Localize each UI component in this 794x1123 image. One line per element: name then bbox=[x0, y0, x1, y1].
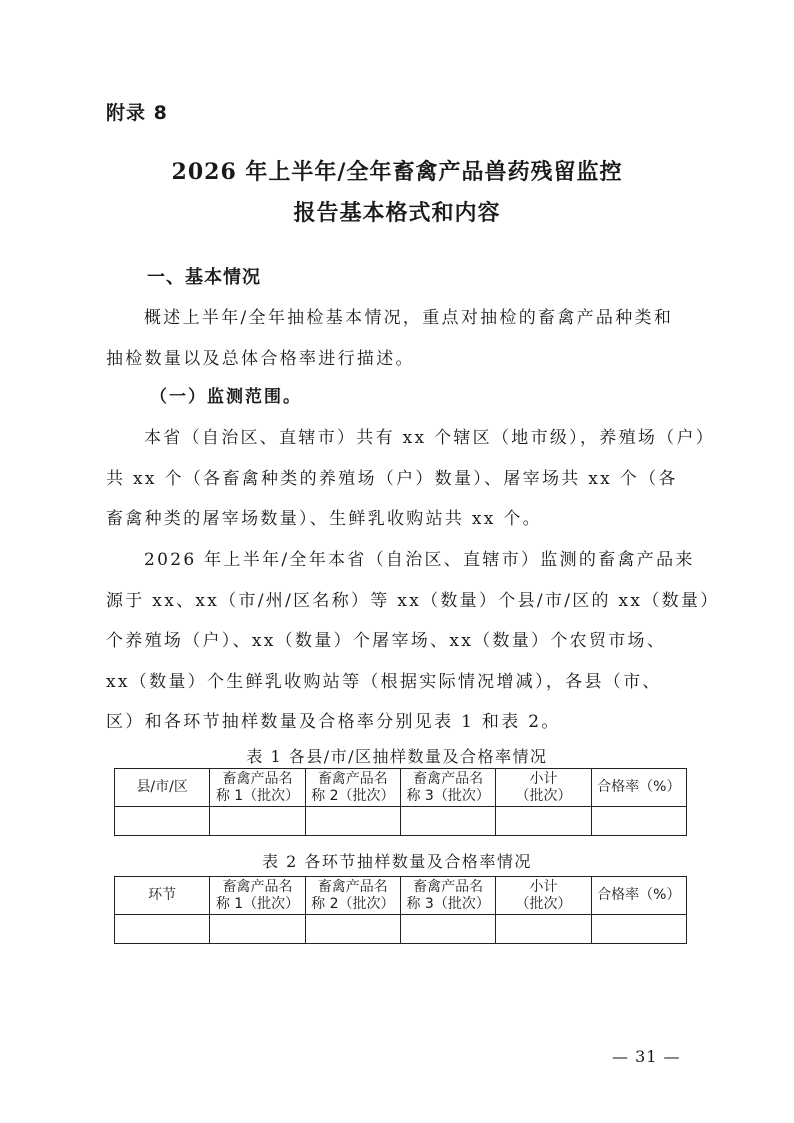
header-cell-product-2: 畜禽产品名称 2（批次） bbox=[305, 769, 400, 807]
text-line: 2026 年上半年/全年本省（自治区、直辖市）监测的畜禽产品来 bbox=[106, 540, 696, 581]
table-1-county-sampling: 县/市/区 畜禽产品名称 1（批次） 畜禽产品名称 2（批次） 畜禽产品名称 3… bbox=[114, 768, 687, 836]
header-cell-pass-rate: 合格率（%） bbox=[591, 769, 686, 807]
table-cell bbox=[305, 915, 400, 944]
header-cell-product-1: 畜禽产品名称 1（批次） bbox=[210, 877, 305, 915]
header-cell-stage: 环节 bbox=[115, 877, 210, 915]
table-cell bbox=[210, 915, 305, 944]
table-cell bbox=[496, 915, 591, 944]
header-cell-product-3: 畜禽产品名称 3（批次） bbox=[400, 769, 495, 807]
table-cell bbox=[115, 807, 210, 836]
page-number: — 31 — bbox=[612, 1047, 681, 1066]
table-row bbox=[115, 915, 687, 944]
scope-paragraph-2: 2026 年上半年/全年本省（自治区、直辖市）监测的畜禽产品来 源于 xx、xx… bbox=[106, 540, 696, 743]
header-cell-pass-rate: 合格率（%） bbox=[591, 877, 686, 915]
table-cell bbox=[115, 915, 210, 944]
table-2-caption: 表 2 各环节抽样数量及合格率情况 bbox=[0, 849, 794, 872]
text-line: 共 xx 个（各畜禽种类的养殖场（户）数量）、屠宰场共 xx 个（各 bbox=[106, 459, 696, 500]
appendix-label: 附录 8 bbox=[106, 98, 168, 125]
header-cell-product-3: 畜禽产品名称 3（批次） bbox=[400, 877, 495, 915]
text-line: 个养殖场（户）、xx（数量）个屠宰场、xx（数量）个农贸市场、 bbox=[106, 621, 696, 662]
text-line: 概述上半年/全年抽检基本情况，重点对抽检的畜禽产品种类和 bbox=[106, 298, 696, 339]
header-cell-county: 县/市/区 bbox=[115, 769, 210, 807]
table-cell bbox=[591, 807, 686, 836]
header-cell-product-2: 畜禽产品名称 2（批次） bbox=[305, 877, 400, 915]
table-cell bbox=[400, 915, 495, 944]
scope-paragraph-1: 本省（自治区、直辖市）共有 xx 个辖区（地市级），养殖场（户） 共 xx 个（… bbox=[106, 418, 696, 540]
table-cell bbox=[305, 807, 400, 836]
text-line: 抽检数量以及总体合格率进行描述。 bbox=[106, 339, 696, 380]
text-line: xx（数量）个生鲜乳收购站等（根据实际情况增减），各县（市、 bbox=[106, 662, 696, 703]
table-row bbox=[115, 807, 687, 836]
text-line: 区）和各环节抽样数量及合格率分别见表 1 和表 2。 bbox=[106, 702, 696, 743]
header-cell-product-1: 畜禽产品名称 1（批次） bbox=[210, 769, 305, 807]
text-line: 畜禽种类的屠宰场数量）、生鲜乳收购站共 xx 个。 bbox=[106, 499, 696, 540]
table-header-row: 环节 畜禽产品名称 1（批次） 畜禽产品名称 2（批次） 畜禽产品名称 3（批次… bbox=[115, 877, 687, 915]
section-intro-paragraph: 概述上半年/全年抽检基本情况，重点对抽检的畜禽产品种类和 抽检数量以及总体合格率… bbox=[106, 298, 696, 379]
document-title-line-2: 报告基本格式和内容 bbox=[0, 196, 794, 227]
table-cell bbox=[496, 807, 591, 836]
subsection-heading-monitoring-scope: （一）监测范围。 bbox=[150, 382, 302, 407]
text-line: 本省（自治区、直辖市）共有 xx 个辖区（地市级），养殖场（户） bbox=[106, 418, 696, 459]
text-line: 源于 xx、xx（市/州/区名称）等 xx（数量）个县/市/区的 xx（数量） bbox=[106, 581, 696, 622]
header-cell-subtotal: 小计（批次） bbox=[496, 769, 591, 807]
header-cell-subtotal: 小计（批次） bbox=[496, 877, 591, 915]
table-cell bbox=[591, 915, 686, 944]
table-cell bbox=[210, 807, 305, 836]
section-heading-basic-info: 一、基本情况 bbox=[147, 263, 261, 289]
table-2-stage-sampling: 环节 畜禽产品名称 1（批次） 畜禽产品名称 2（批次） 畜禽产品名称 3（批次… bbox=[114, 876, 687, 944]
table-header-row: 县/市/区 畜禽产品名称 1（批次） 畜禽产品名称 2（批次） 畜禽产品名称 3… bbox=[115, 769, 687, 807]
table-cell bbox=[400, 807, 495, 836]
table-1-caption: 表 1 各县/市/区抽样数量及合格率情况 bbox=[0, 744, 794, 767]
document-title-line-1: 2026 年上半年/全年畜禽产品兽药残留监控 bbox=[0, 155, 794, 186]
